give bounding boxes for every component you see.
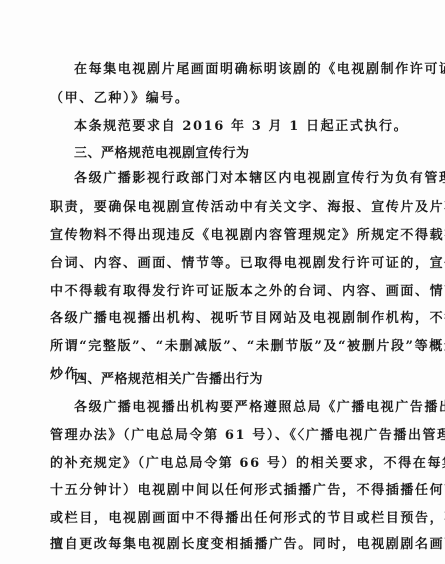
paragraph-line: 职责，要确保电视剧宣传活动中有关文字、海报、宣传片及片花等	[50, 200, 385, 216]
paragraph-line: 各级广播电视播出机构要严格遵照总局《广播电视广告播出	[74, 400, 385, 416]
paragraph-line: 台词、内容、画面、情节等。已取得电视剧发行许可证的，宣传物料	[50, 256, 385, 272]
paragraph-line: 中不得载有取得发行许可证版本之外的台词、内容、画面、情节等。	[50, 284, 385, 300]
paragraph-line: 十五分钟计）电视剧中间以任何形式插播广告，不得插播任何节目	[50, 483, 385, 499]
section-heading-4: 四、严格规范相关广告播出行为	[74, 372, 385, 388]
section-heading-3: 三、严格规范电视剧宣传行为	[74, 146, 385, 162]
document-page: 在每集电视剧片尾画面明确标明该剧的《电视剧制作许可证 （甲、乙种）》编号。 本条…	[0, 0, 445, 564]
paragraph-line: 擅自更改每集电视剧长度变相插播广告。同时，电视剧剧名画面	[50, 537, 385, 553]
paragraph-line: （甲、乙种）》编号。	[50, 91, 385, 107]
paragraph-line: 所谓“完整版”、“未删减版”、“未删节版”及“被删片段”等概念进行	[50, 339, 385, 355]
paragraph-line: 各级广播影视行政部门对本辖区内电视剧宣传行为负有管理	[74, 171, 385, 187]
paragraph-line: 在每集电视剧片尾画面明确标明该剧的《电视剧制作许可证	[74, 62, 385, 78]
paragraph-line: 宣传物料不得出现违反《电视剧内容管理规定》所规定不得载有的	[50, 228, 385, 244]
paragraph-line: 的补充规定》（广电总局令第 66 号）的相关要求，不得在每集（以四	[50, 456, 385, 472]
paragraph-line: 本条规范要求自 2016 年 3 月 1 日起正式执行。	[74, 119, 385, 135]
paragraph-line: 各级广播电视播出机构、视听节目网站及电视剧制作机构，不得以	[50, 311, 385, 327]
paragraph-line: 管理办法》（广电总局令第 61 号）、《〈广播电视广告播出管理办法〉	[50, 428, 385, 444]
paragraph-line: 或栏目，电视剧画面中不得播出任何形式的节目或栏目预告，不得	[50, 511, 385, 527]
